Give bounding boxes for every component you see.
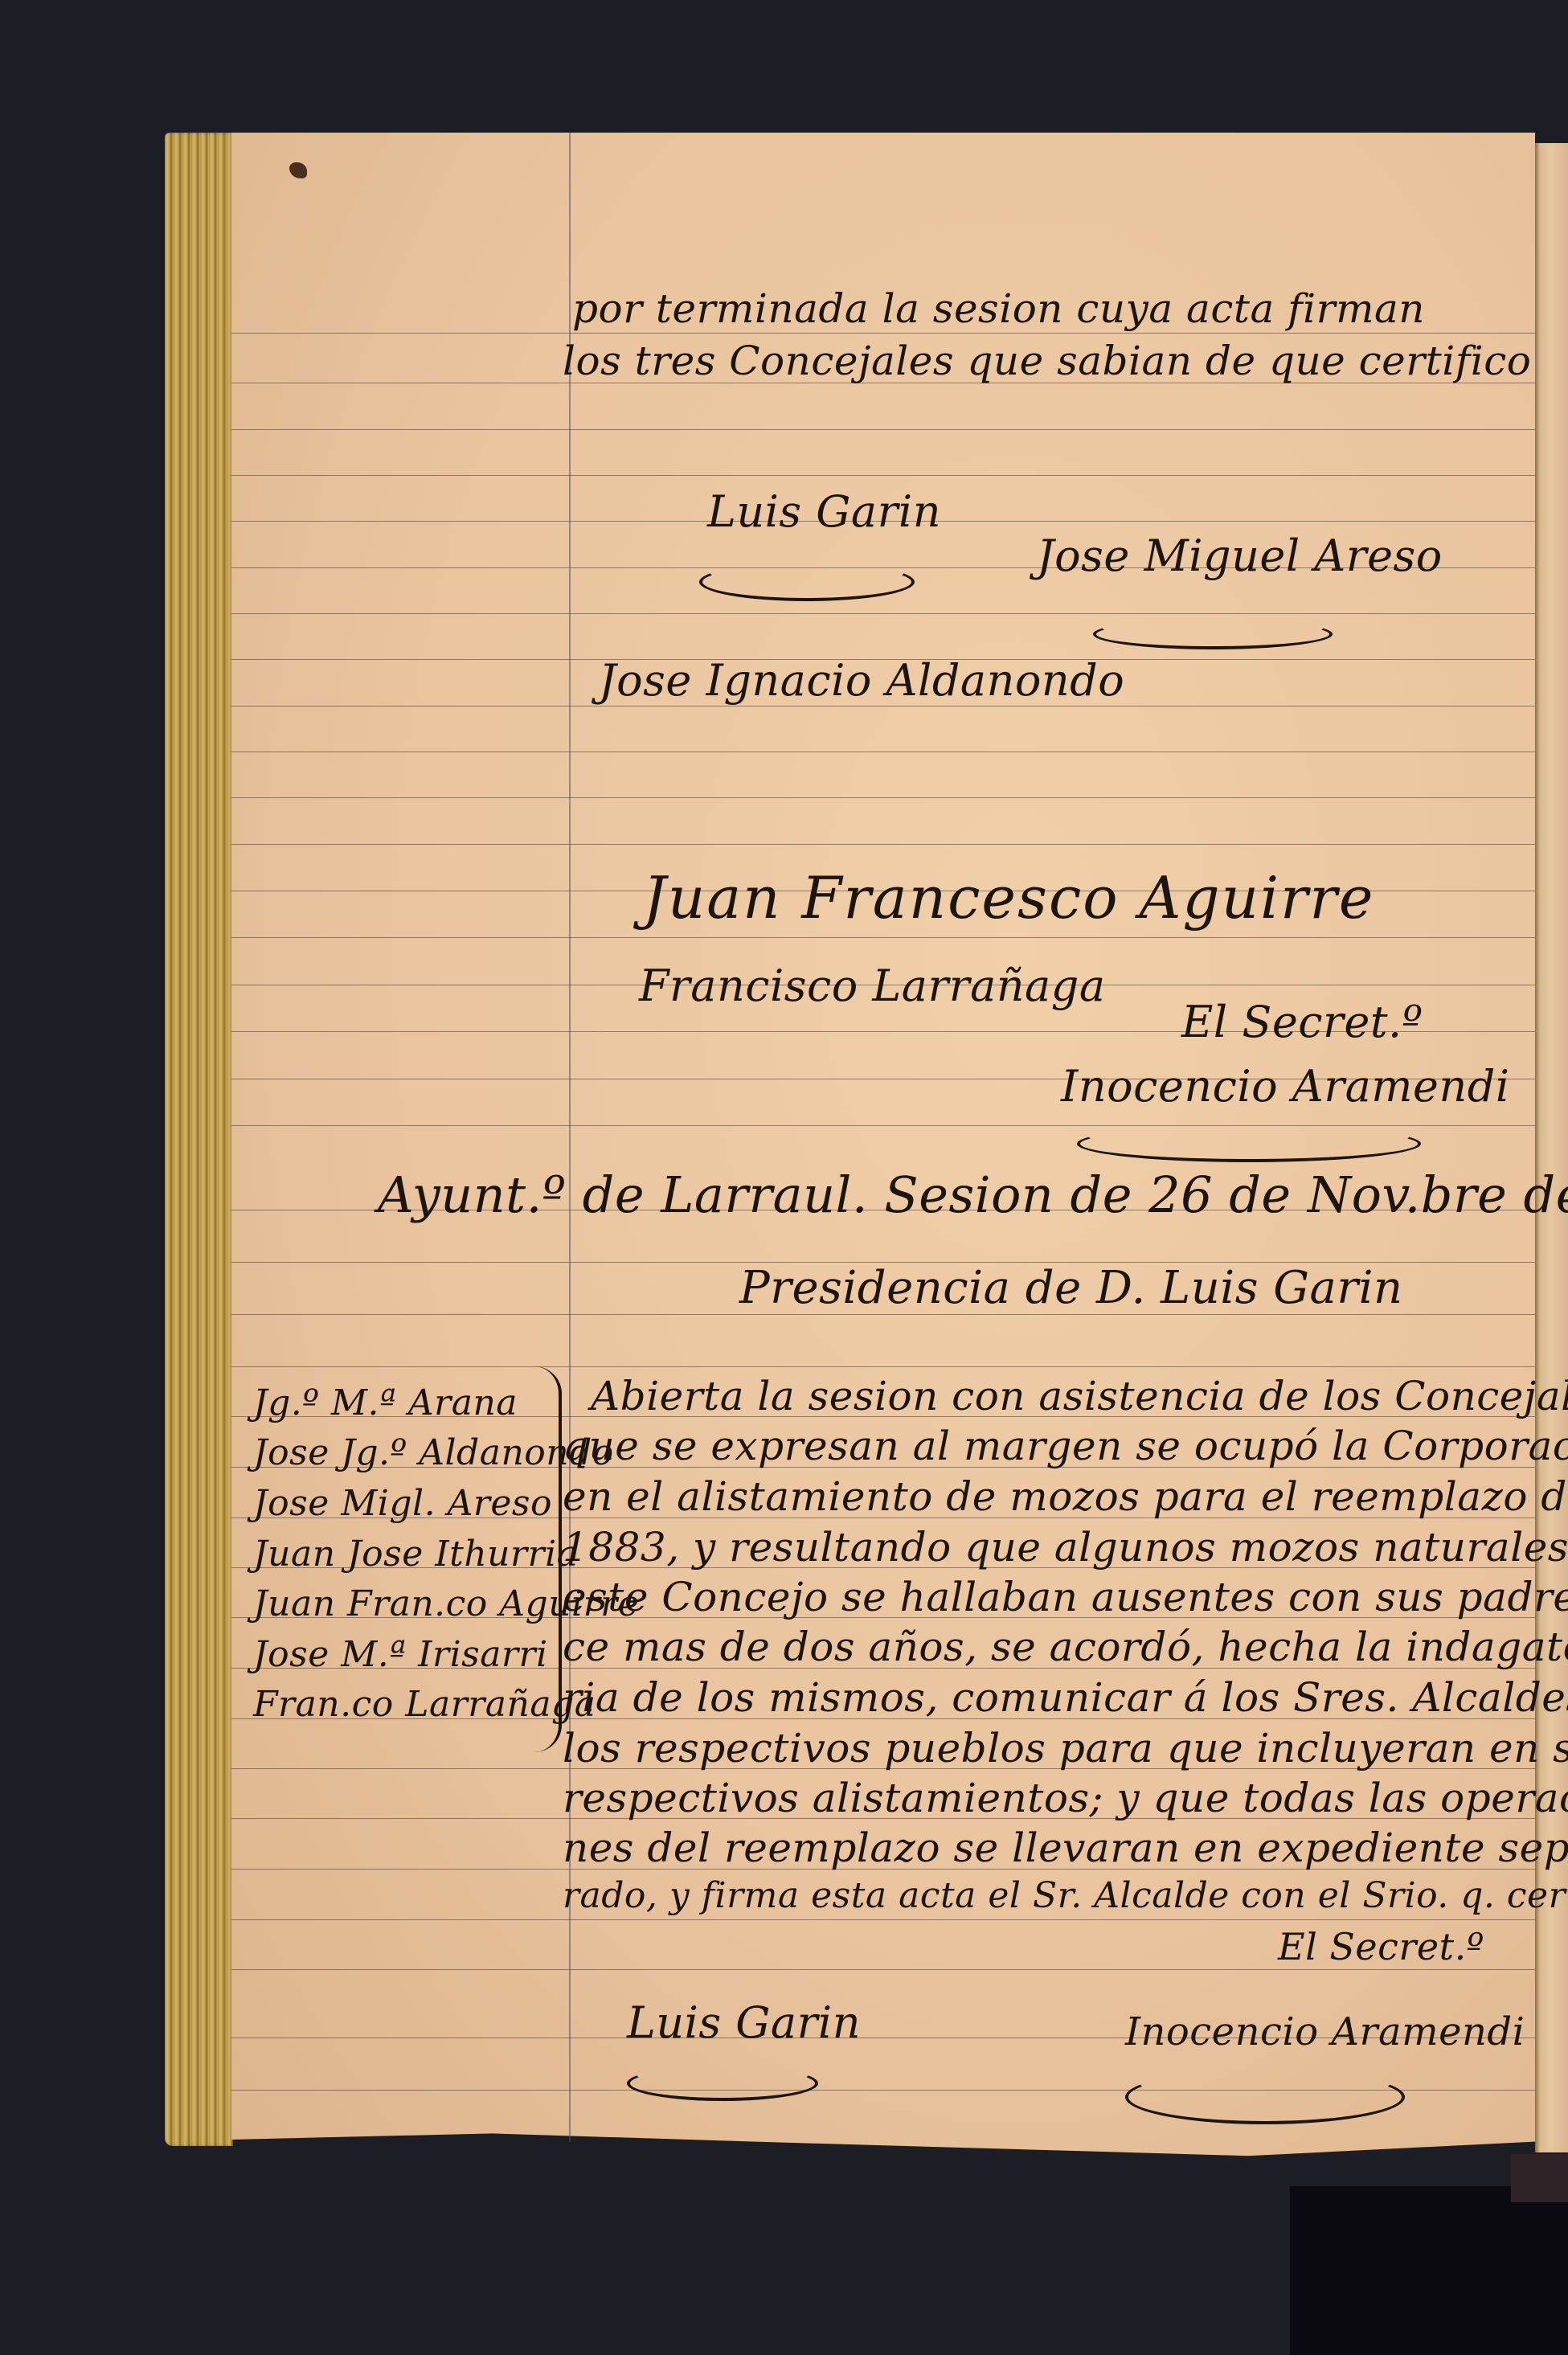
body-line: Abierta la sesion con asistencia de los … <box>591 1373 1568 1419</box>
margin-attendee: Jg.º M.ª Arana <box>253 1382 518 1423</box>
presidency-line: Presidencia de D. Luis Garin <box>739 1262 1403 1314</box>
ruled-line <box>231 333 1535 334</box>
ruled-line <box>231 752 1535 752</box>
body-line: en el alistamiento de mozos para el reem… <box>563 1473 1568 1520</box>
gilt-page-stack-edge <box>165 133 233 2146</box>
body-line: 1883, y resultando que algunos mozos nat… <box>563 1524 1568 1571</box>
signature-jose-ignacio-aldanondo: Jose Ignacio Aldanondo <box>599 655 1124 706</box>
ruled-line <box>231 844 1535 845</box>
closing-line-2: los tres Concejales que sabian de que ce… <box>563 338 1531 384</box>
ruled-line <box>231 429 1535 430</box>
signature-flourish <box>1093 619 1333 649</box>
signature-flourish <box>1125 2070 1405 2124</box>
ruled-line <box>231 797 1535 798</box>
secretary-signature: Inocencio Aramendi <box>1125 2009 1525 2054</box>
ruled-line <box>231 1969 1535 1970</box>
signature-flourish <box>1077 1125 1421 1162</box>
body-line: rado, y firma esta acta el Sr. Alcalde c… <box>563 1875 1568 1916</box>
ruled-line <box>231 1919 1535 1920</box>
margin-attendee: Jose M.ª Irisarri <box>253 1634 548 1675</box>
signature-juan-francesco-aguirre: Juan Francesco Aguirre <box>643 864 1374 932</box>
secretary-title: El Secret.º <box>1278 1925 1484 1968</box>
body-line: ria de los mismos, comunicar á los Sres.… <box>563 1674 1568 1721</box>
signature-francisco-larranaga: Francisco Larrañaga <box>639 960 1106 1011</box>
book-cover-edge <box>1511 2154 1568 2202</box>
signature-luis-garin: Luis Garin <box>707 486 941 537</box>
ruled-line <box>231 706 1535 706</box>
body-line: nes del reemplazo se llevaran en expedie… <box>563 1825 1568 1871</box>
body-line: ce mas de dos años, se acordó, hecha la … <box>563 1624 1568 1670</box>
ruled-line <box>231 475 1535 476</box>
secretary-title: El Secret.º <box>1181 997 1423 1047</box>
margin-attendee: Juan Jose Ithurria <box>253 1534 578 1575</box>
background-shadow <box>1290 2186 1568 2355</box>
closing-line-1: por terminada la sesion cuya acta firman <box>572 285 1425 332</box>
ruled-line <box>231 1366 1535 1367</box>
signature-flourish <box>627 2066 818 2101</box>
secretary-signature: Inocencio Aramendi <box>1061 1061 1510 1112</box>
attendee-brace <box>534 1366 562 1752</box>
ruled-line <box>231 1314 1535 1315</box>
margin-attendee: Jose Migl. Areso <box>253 1483 552 1524</box>
body-line: este Concejo se hallaban ausentes con su… <box>563 1574 1568 1620</box>
body-line: que se expresan al margen se ocupó la Co… <box>563 1423 1568 1469</box>
ruled-line <box>231 937 1535 938</box>
ruled-line <box>231 1125 1535 1126</box>
body-line: respectivos alistamientos; y que todas l… <box>563 1775 1568 1821</box>
body-line: los respectivos pueblos para que incluye… <box>563 1725 1568 1771</box>
ruled-line <box>231 613 1535 614</box>
signature-jose-miguel-areso: Jose Miguel Areso <box>1037 530 1443 581</box>
signature-flourish <box>699 563 915 601</box>
signature-luis-garin: Luis Garin <box>627 1997 861 2048</box>
session-heading: Ayunt.º de Larraul. Sesion de 26 de Nov.… <box>378 1165 1568 1224</box>
